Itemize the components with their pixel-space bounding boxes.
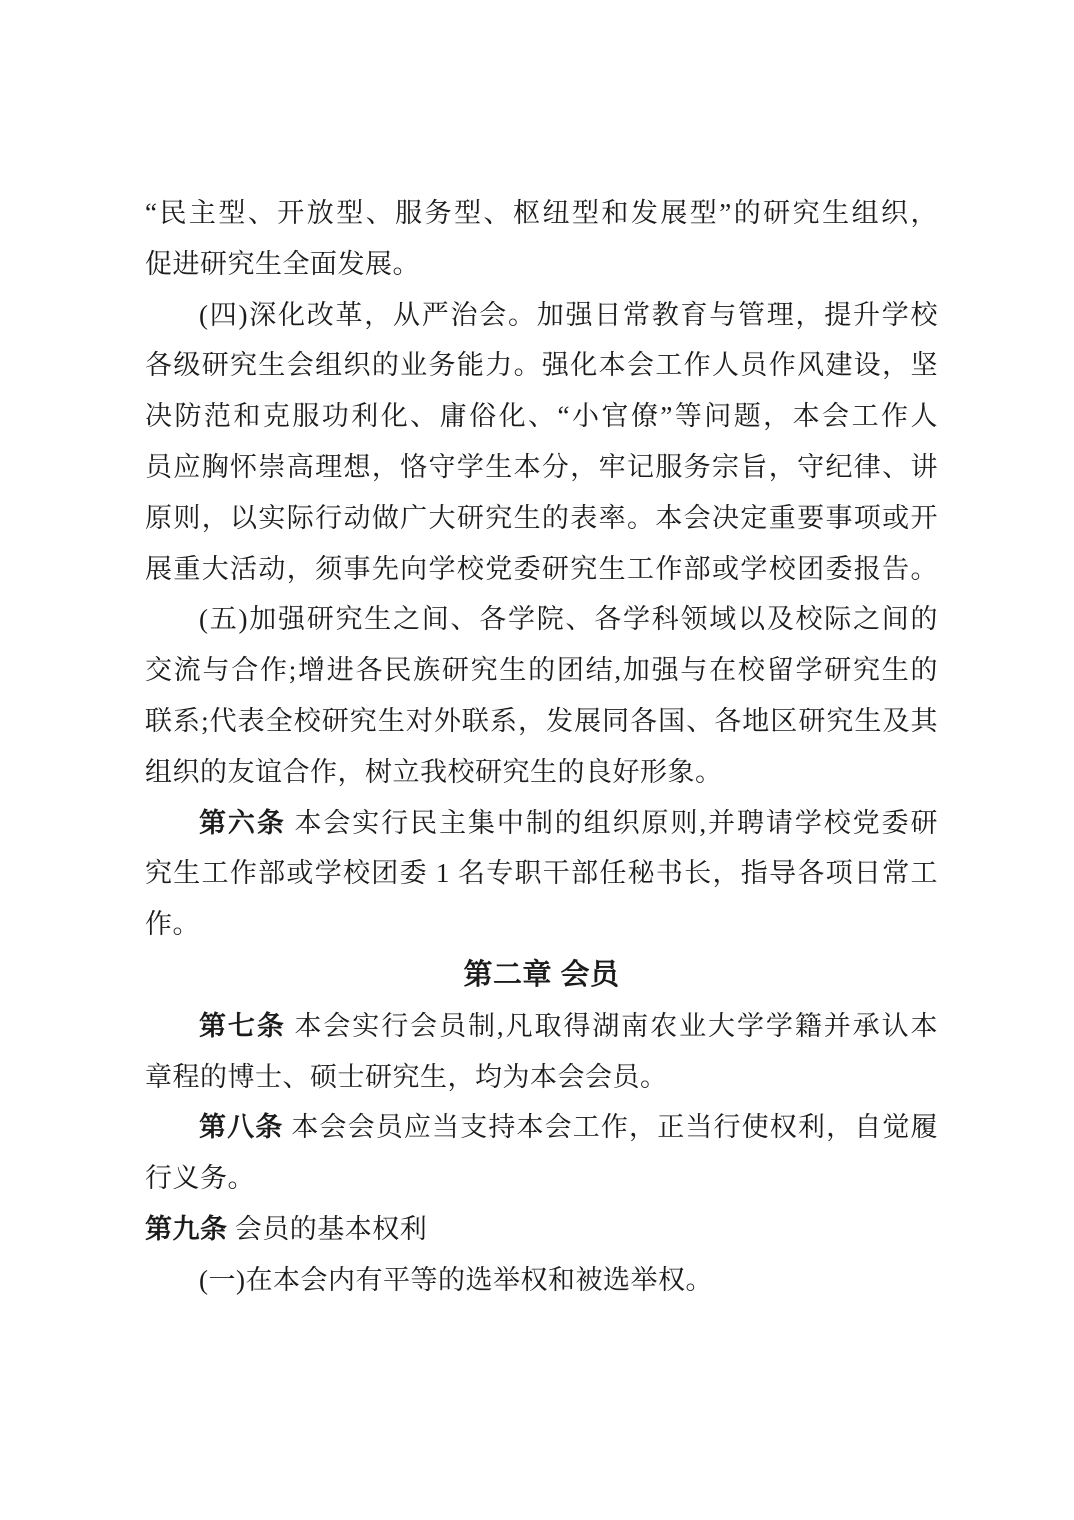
line-text: 本会会员应当支持本会工作，正当行使权利，自觉履: [283, 1112, 938, 1142]
line-text: 章程的博士、硕士研究生，均为本会会员。: [145, 1062, 668, 1092]
line-text: 促进研究生全面发展。: [145, 249, 420, 279]
line-text: (四)深化改革，从严治会。加强日常教育与管理，提升学校: [199, 300, 938, 330]
text-line: 作。: [145, 899, 938, 950]
text-line: 行义务。: [145, 1153, 938, 1204]
text-line: 第九条 会员的基本权利: [145, 1204, 938, 1255]
line-text: 第二章 会员: [463, 959, 619, 991]
article-number: 第八条: [199, 1112, 283, 1142]
line-text: 组织的友谊合作，树立我校研究生的良好形象。: [145, 757, 723, 787]
article-number: 第六条: [199, 808, 286, 838]
line-text: 本会实行会员制,凡取得湖南农业大学学籍并承认本: [286, 1011, 938, 1041]
line-text: “民主型、开放型、服务型、枢纽型和发展型”的研究生组织，: [145, 198, 938, 228]
text-line: 展重大活动，须事先向学校党委研究生工作部或学校团委报告。: [145, 544, 938, 595]
text-line: 组织的友谊合作，树立我校研究生的良好形象。: [145, 747, 938, 798]
line-text: 联系;代表全校研究生对外联系，发展同各国、各地区研究生及其: [145, 706, 938, 736]
text-line: 原则，以实际行动做广大研究生的表率。本会决定重要事项或开: [145, 493, 938, 544]
text-line: 促进研究生全面发展。: [145, 239, 938, 290]
line-text: (五)加强研究生之间、各学院、各学科领域以及校际之间的: [199, 604, 938, 634]
line-text: 员应胸怀崇高理想，恪守学生本分，牢记服务宗旨，守纪律、讲: [145, 452, 938, 482]
line-text: 本会实行民主集中制的组织原则,并聘请学校党委研: [286, 808, 938, 838]
line-text: 交流与合作;增进各民族研究生的团结,加强与在校留学研究生的: [145, 655, 938, 685]
line-text: 行义务。: [145, 1163, 255, 1193]
line-text: 会员的基本权利: [228, 1214, 428, 1244]
line-text: 作。: [145, 909, 200, 939]
text-line: 第八条 本会会员应当支持本会工作，正当行使权利，自觉履: [145, 1102, 938, 1153]
text-line: 究生工作部或学校团委 1 名专职干部任秘书长，指导各项日常工: [145, 848, 938, 899]
text-line: “民主型、开放型、服务型、枢纽型和发展型”的研究生组织，: [145, 188, 938, 239]
line-text: 决防范和克服功利化、庸俗化、“小官僚”等问题，本会工作人: [145, 401, 938, 431]
document-body: “民主型、开放型、服务型、枢纽型和发展型”的研究生组织，促进研究生全面发展。(四…: [145, 188, 938, 1306]
text-line: 第六条 本会实行民主集中制的组织原则,并聘请学校党委研: [145, 798, 938, 849]
line-text: 原则，以实际行动做广大研究生的表率。本会决定重要事项或开: [145, 503, 938, 533]
text-line: (一)在本会内有平等的选举权和被选举权。: [145, 1255, 938, 1306]
article-number: 第七条: [199, 1011, 286, 1041]
text-line: 决防范和克服功利化、庸俗化、“小官僚”等问题，本会工作人: [145, 391, 938, 442]
line-text: 各级研究生会组织的业务能力。强化本会工作人员作风建设，坚: [145, 350, 938, 380]
text-line: 各级研究生会组织的业务能力。强化本会工作人员作风建设，坚: [145, 340, 938, 391]
text-line: (四)深化改革，从严治会。加强日常教育与管理，提升学校: [145, 290, 938, 341]
text-line: 交流与合作;增进各民族研究生的团结,加强与在校留学研究生的: [145, 645, 938, 696]
text-line: (五)加强研究生之间、各学院、各学科领域以及校际之间的: [145, 594, 938, 645]
document-page: “民主型、开放型、服务型、枢纽型和发展型”的研究生组织，促进研究生全面发展。(四…: [0, 0, 1074, 1520]
line-text: 展重大活动，须事先向学校党委研究生工作部或学校团委报告。: [145, 554, 938, 584]
chapter-heading: 第二章 会员: [145, 950, 938, 1001]
article-number: 第九条: [145, 1214, 228, 1244]
text-line: 员应胸怀崇高理想，恪守学生本分，牢记服务宗旨，守纪律、讲: [145, 442, 938, 493]
text-line: 第七条 本会实行会员制,凡取得湖南农业大学学籍并承认本: [145, 1001, 938, 1052]
line-text: 究生工作部或学校团委 1 名专职干部任秘书长，指导各项日常工: [145, 858, 938, 888]
line-text: (一)在本会内有平等的选举权和被选举权。: [199, 1265, 713, 1295]
text-line: 联系;代表全校研究生对外联系，发展同各国、各地区研究生及其: [145, 696, 938, 747]
text-line: 章程的博士、硕士研究生，均为本会会员。: [145, 1052, 938, 1103]
